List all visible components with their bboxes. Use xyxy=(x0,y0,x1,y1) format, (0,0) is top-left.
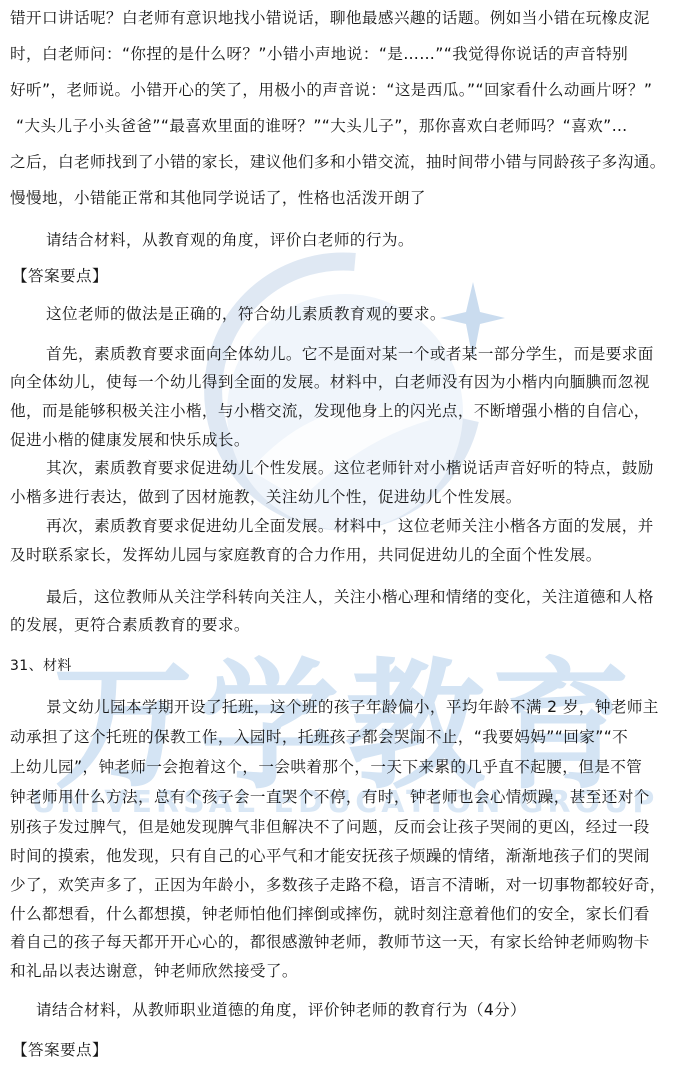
material-line: 之后，白老师找到了小错的家长，建议他们多和小错交流，抽时间带小错与同龄孩子多沟通… xyxy=(10,152,666,172)
material-line: 时间的摸索，他发现，只有自己的心平气和才能安抚孩子烦躁的情绪，渐渐地孩子们的哭闹 xyxy=(10,846,650,866)
answer-heading: 【答案要点】 xyxy=(12,266,108,286)
question-prompt: 请结合材料，从教育观的角度，评价白老师的行为。 xyxy=(46,230,414,250)
material-line: 景文幼儿园本学期开设了托班，这个班的孩子年龄偏小，平均年龄不满 2 岁，钟老师主 xyxy=(46,697,659,717)
material-line: 错开口讲话呢？白老师有意识地找小错说话，聊他最感兴趣的话题。例如当小错在玩橡皮泥 xyxy=(10,8,650,28)
answer-paragraph-line: 首先，素质教育要求面向全体幼儿。它不是面对某一个或者某一部分学生，而是要求面 xyxy=(46,344,654,364)
material-line: 着自己的孩子每天都开开心心的，都很感激钟老师，教师节这一天，有家长给钟老师购物卡 xyxy=(10,932,650,952)
answer-paragraph-line: 最后，这位教师从关注学科转向关注人，关注小楷心理和情绪的变化，关注道德和人格 xyxy=(46,587,654,607)
answer-paragraph-line: 促进小楷的健康发展和快乐成长。 xyxy=(10,430,250,450)
question-number-label: 31、材料 xyxy=(10,656,72,676)
material-line: 和礼品以表达谢意，钟老师欣然接受了。 xyxy=(10,961,298,981)
material-line: 慢慢地，小错能正常和其他同学说话了，性格也活泼开朗了 xyxy=(10,188,426,208)
answer-paragraph-line: 再次，素质教育要求促进幼儿全面发展。材料中，这位老师关注小楷各方面的发展，并 xyxy=(46,516,654,536)
material-line: 时，白老师问：“你捏的是什么呀？”小错小声地说：“是……”“我觉得你说话的声音特… xyxy=(10,44,628,64)
material-line: 钟老师用什么方法，总有个孩子会一直哭个不停，有时，钟老师也会心情烦躁，甚至还对个 xyxy=(10,787,650,807)
answer-paragraph-line: 他，而是能够积极关注小楷，与小楷交流，发现他身上的闪光点，不断增强小楷的自信心， xyxy=(10,401,650,421)
answer-heading: 【答案要点】 xyxy=(12,1040,108,1060)
question-prompt: 请结合材料，从教师职业道德的角度，评价钟老师的教育行为（4分） xyxy=(36,1000,526,1020)
answer-paragraph-line: 其次，素质教育要求促进幼儿个性发展。这位老师针对小楷说话声音好听的特点，鼓励 xyxy=(46,458,654,478)
answer-paragraph-line: 及时联系家长，发挥幼儿园与家庭教育的合力作用，共同促进幼儿的全面个性发展。 xyxy=(10,545,602,565)
material-line: “大头儿子小头爸爸”“最喜欢里面的谁呀？”“大头儿子”，那你喜欢白老师吗？“喜欢… xyxy=(16,116,628,136)
material-line: 少了，欢笑声多了，正因为年龄小，多数孩子走路不稳，语言不清晰，对一切事物都较好奇… xyxy=(10,875,666,895)
answer-paragraph-line: 向全体幼儿，使每一个幼儿得到全面的发展。材料中，白老师没有因为小楷内向腼腆而忽视 xyxy=(10,372,650,392)
material-line: 别孩子发过脾气，但是她发现脾气非但解决不了问题，反而会让孩子哭闹的更凶，经过一段 xyxy=(10,817,650,837)
answer-paragraph-line: 的发展，更符合素质教育的要求。 xyxy=(10,615,250,635)
answer-intro: 这位老师的做法是正确的，符合幼儿素质教育观的要求。 xyxy=(46,304,446,324)
material-line: 动承担了这个托班的保教工作，入园时，托班孩子都会哭闹不止，“我要妈妈”“回家”“… xyxy=(10,727,628,747)
answer-paragraph-line: 小楷多进行表达，做到了因材施教，关注幼儿个性，促进幼儿个性发展。 xyxy=(10,487,522,507)
material-line: 好听”，老师说。小错开心的笑了，用极小的声音说：“这是西瓜。”“回家看什么动画片… xyxy=(10,80,652,100)
material-line: 上幼儿园”，钟老师一会抱着这个，一会哄着那个，一天下来累的几乎直不起腰，但是不管 xyxy=(10,757,642,777)
material-line: 什么都想看，什么都想摸，钟老师怕他们摔倒或摔伤，就时刻注意着他们的安全，家长们看 xyxy=(10,904,650,924)
